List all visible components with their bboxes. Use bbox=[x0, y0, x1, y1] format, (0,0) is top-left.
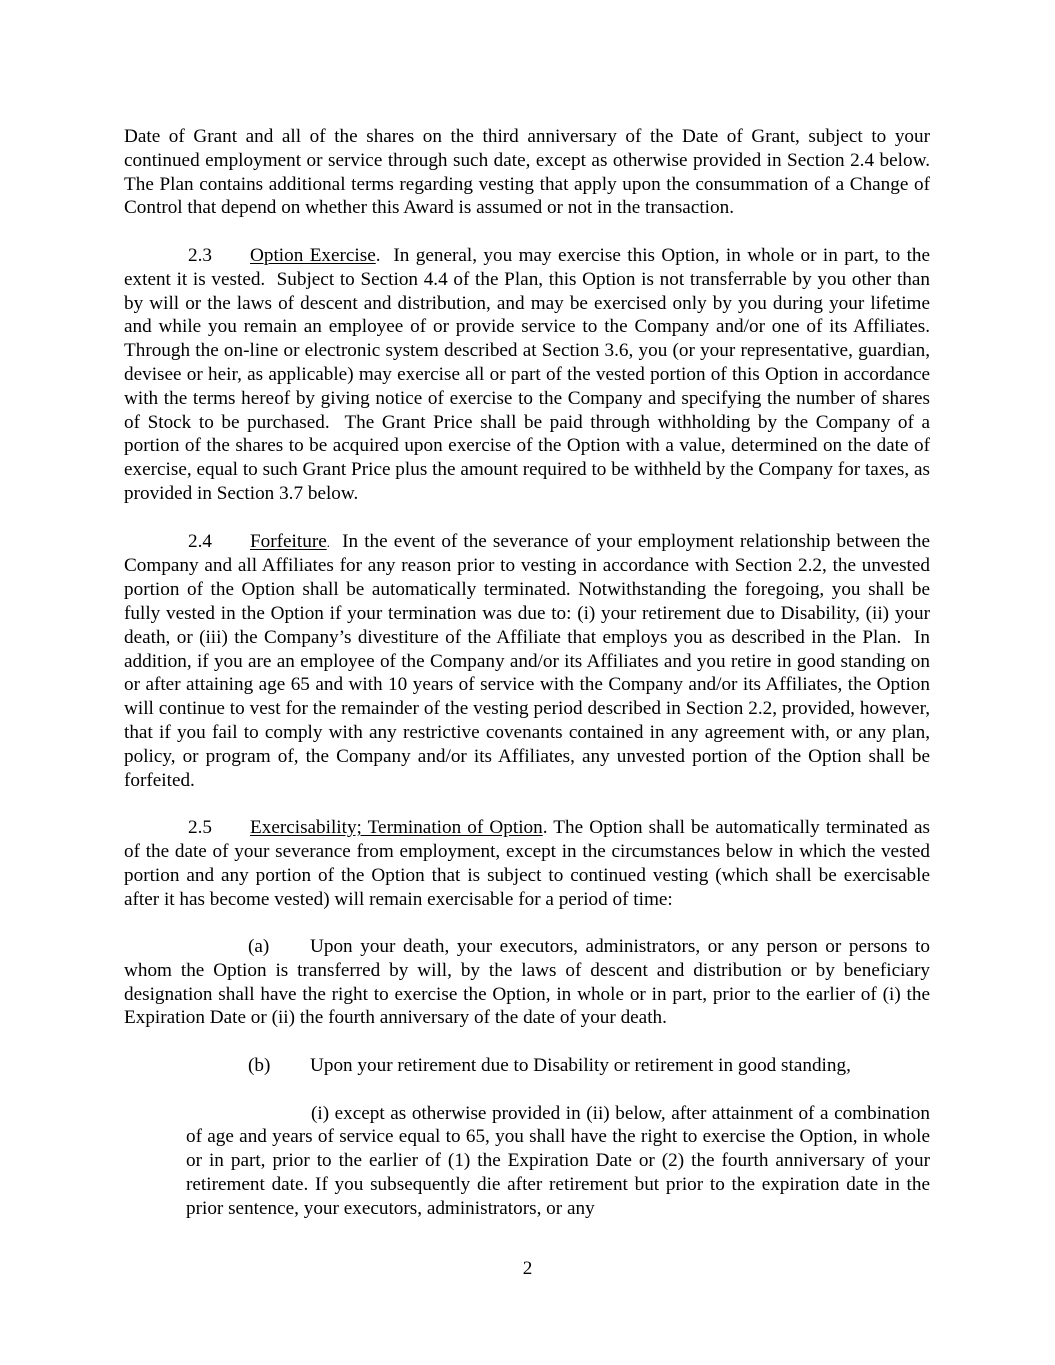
subsection-label: (b) bbox=[248, 1054, 310, 1078]
page-number: 2 bbox=[0, 1257, 1055, 1281]
subsection-b-i: (i) except as otherwise provided in (ii)… bbox=[186, 1102, 930, 1221]
section-number: 2.5 bbox=[188, 816, 250, 840]
section-2-5: 2.5Exercisability; Termination of Option… bbox=[124, 816, 930, 911]
subsection-b: (b)Upon your retirement due to Disabilit… bbox=[248, 1054, 930, 1078]
continuation-paragraph: Date of Grant and all of the shares on t… bbox=[124, 125, 930, 220]
section-title: Exercisability; Termination of Option bbox=[250, 817, 543, 838]
subsection-label: (a) bbox=[248, 935, 310, 959]
subsection-body: (i) except as otherwise provided in (ii)… bbox=[186, 1103, 930, 1219]
section-body: In the event of the severance of your em… bbox=[124, 531, 935, 791]
section-body: In general, you may exercise this Option… bbox=[124, 245, 940, 504]
document-page: Date of Grant and all of the shares on t… bbox=[124, 125, 930, 1221]
subsection-body: Upon your death, your executors, adminis… bbox=[124, 936, 930, 1028]
section-title: Option Exercise bbox=[250, 245, 376, 266]
subsection-a: (a)Upon your death, your executors, admi… bbox=[124, 935, 930, 1030]
section-number: 2.4 bbox=[188, 530, 250, 554]
section-2-4: 2.4Forfeiture. In the event of the sever… bbox=[124, 530, 930, 793]
section-number: 2.3 bbox=[188, 244, 250, 268]
section-2-3: 2.3Option Exercise. In general, you may … bbox=[124, 244, 930, 506]
section-title: Forfeiture bbox=[250, 531, 327, 552]
subsection-body: Upon your retirement due to Disability o… bbox=[310, 1055, 851, 1076]
